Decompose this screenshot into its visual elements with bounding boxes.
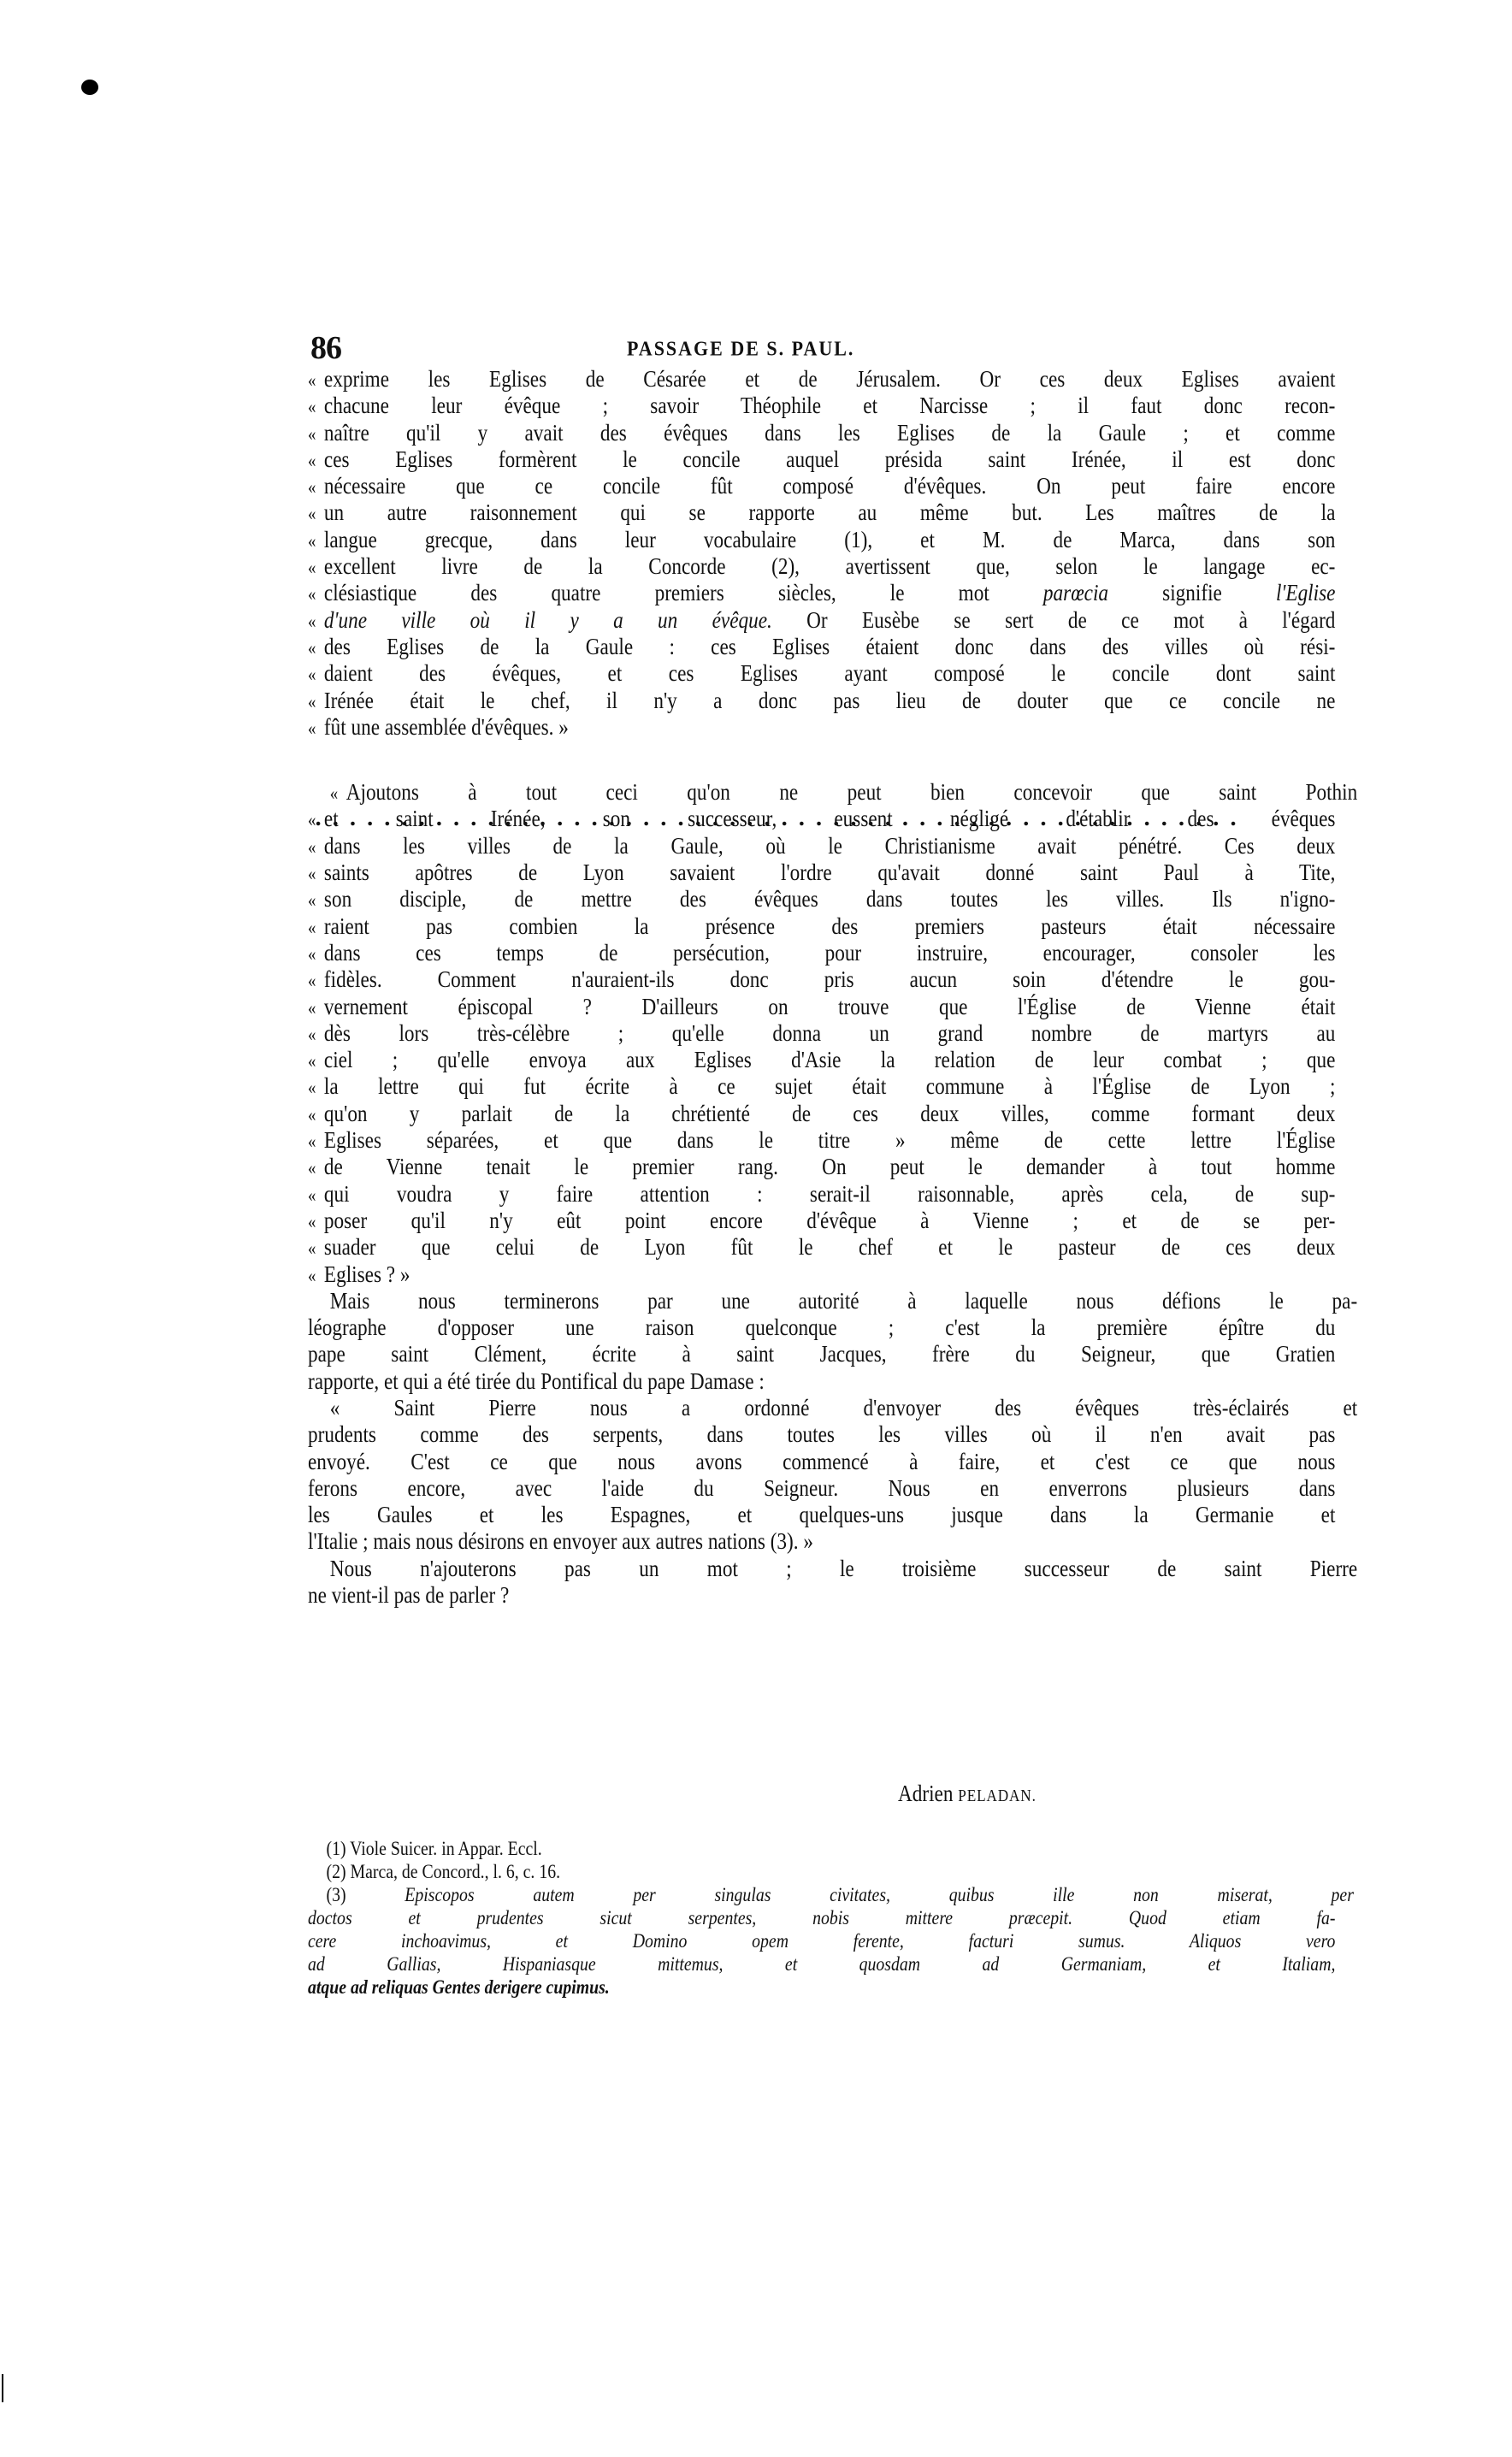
text-line: «dans ces temps de persécution, pour ins… bbox=[308, 940, 1335, 966]
text-line: «chacune leur évêque ; savoir Théophile … bbox=[308, 393, 1335, 419]
text-line: «fût une assemblée d'évêques. » bbox=[308, 714, 1335, 741]
text-line: léographe d'opposer une raison quelconqu… bbox=[308, 1314, 1335, 1341]
footnote-3-line: doctos et prudentes sicut serpentes, nob… bbox=[308, 1906, 1335, 1929]
text-line: «suader que celui de Lyon fût le chef et… bbox=[308, 1234, 1335, 1261]
text-line: «ciel ; qu'elle envoya aux Eglises d'Asi… bbox=[308, 1047, 1335, 1073]
text-line: «naître qu'il y avait des évêques dans l… bbox=[308, 420, 1335, 446]
text-line: «son disciple, de mettre des évêques dan… bbox=[308, 886, 1335, 913]
text-line: Mais nous terminerons par une autorité à… bbox=[308, 1288, 1357, 1314]
text-line: «de Vienne tenait le premier rang. On pe… bbox=[308, 1154, 1335, 1180]
page-header: 86 PASSAGE DE S. PAUL. bbox=[310, 329, 1251, 363]
text-line: «Eglises séparées, et que dans le titre … bbox=[308, 1127, 1335, 1154]
text-line: «raient pas combien la présence des prem… bbox=[308, 913, 1335, 940]
text-line: «dès lors très-célèbre ; qu'elle donna u… bbox=[308, 1020, 1335, 1047]
running-title: PASSAGE DE S. PAUL. bbox=[627, 337, 854, 362]
text-line: «langue grecque, dans leur vocabulaire (… bbox=[308, 527, 1335, 553]
text-line: «Ajoutons à tout ceci qu'on ne peut bien… bbox=[308, 779, 1357, 806]
footnote-3-line: atque ad reliquas Gentes derigere cupimu… bbox=[308, 1976, 1335, 1999]
footnotes: (1) Viole Suicer. in Appar. Eccl. (2) Ma… bbox=[308, 1837, 1249, 1999]
text-line: «fidèles. Comment n'auraient-ils donc pr… bbox=[308, 966, 1335, 993]
text-line: «qu'on y parlait de la chrétienté de ces… bbox=[308, 1101, 1335, 1127]
text-line: «qui voudra y faire attention : serait-i… bbox=[308, 1181, 1335, 1208]
text-line: ne vient-il pas de parler ? bbox=[308, 1582, 1335, 1609]
text-line: «daient des évêques, et ces Eglises ayan… bbox=[308, 660, 1335, 687]
text-line: l'Italie ; mais nous désirons en envoyer… bbox=[308, 1528, 1335, 1555]
margin-mark bbox=[2, 2374, 3, 2402]
ink-speck bbox=[81, 80, 98, 95]
text-line: rapporte, et qui a été tirée du Pontific… bbox=[308, 1368, 1335, 1395]
text-line: «nécessaire que ce concile fût composé d… bbox=[308, 473, 1335, 499]
text-line: «vernement épiscopal ? D'ailleurs on tro… bbox=[308, 994, 1335, 1020]
text-line: les Gaules et les Espagnes, et quelques-… bbox=[308, 1502, 1335, 1528]
signature: Adrien Peladan. bbox=[898, 1781, 1037, 1807]
text-line: ferons encore, avec l'aide du Seigneur. … bbox=[308, 1475, 1335, 1502]
page-number: 86 bbox=[310, 329, 341, 367]
text-line: Nous n'ajouterons pas un mot ; le troisi… bbox=[308, 1556, 1357, 1582]
text-line: «Irénée était le chef, il n'y a donc pas… bbox=[308, 688, 1335, 714]
body-text: «exprime les Eglises de Césarée et de Jé… bbox=[308, 366, 1249, 1609]
footnote-3: (3) Episcopos autem per singulas civitat… bbox=[308, 1883, 1354, 1906]
text-line: envoyé. C'est ce que nous avons commencé… bbox=[308, 1449, 1335, 1475]
footnote-3-line: cere inchoavimus, et Domino opem ferente… bbox=[308, 1929, 1335, 1952]
text-line: pape saint Clément, écrite à saint Jacqu… bbox=[308, 1341, 1335, 1367]
text-line: «poser qu'il n'y eût point encore d'évêq… bbox=[308, 1208, 1335, 1234]
text-line: «dans les villes de la Gaule, où le Chri… bbox=[308, 833, 1335, 859]
text-line: «la lettre qui fut écrite à ce sujet éta… bbox=[308, 1073, 1335, 1100]
ellipsis-divider bbox=[310, 819, 1246, 828]
text-line: «ces Eglises formèrent le concile auquel… bbox=[308, 446, 1335, 473]
text-line: « Saint Pierre nous a ordonné d'envoyer … bbox=[308, 1395, 1357, 1421]
text-line: «un autre raisonnement qui se rapporte a… bbox=[308, 499, 1335, 526]
text-line: «clésiastique des quatre premiers siècle… bbox=[308, 580, 1335, 606]
text-line: «excellent livre de la Concorde (2), ave… bbox=[308, 553, 1335, 580]
footnote-2: (2) Marca, de Concord., l. 6, c. 16. bbox=[308, 1860, 1354, 1883]
text-line: «Eglises ? » bbox=[308, 1261, 1335, 1288]
text-line: «exprime les Eglises de Césarée et de Jé… bbox=[308, 366, 1335, 393]
footnote-3-line: ad Gallias, Hispaniasque mittemus, et qu… bbox=[308, 1952, 1335, 1976]
text-line: «saints apôtres de Lyon savaient l'ordre… bbox=[308, 859, 1335, 886]
text-line: «des Eglises de la Gaule : ces Eglises é… bbox=[308, 634, 1335, 660]
text-line: «d'une ville où il y a un évêque. Or Eus… bbox=[308, 607, 1335, 634]
footnote-1: (1) Viole Suicer. in Appar. Eccl. bbox=[308, 1837, 1354, 1860]
text-line: prudents comme des serpents, dans toutes… bbox=[308, 1421, 1335, 1448]
